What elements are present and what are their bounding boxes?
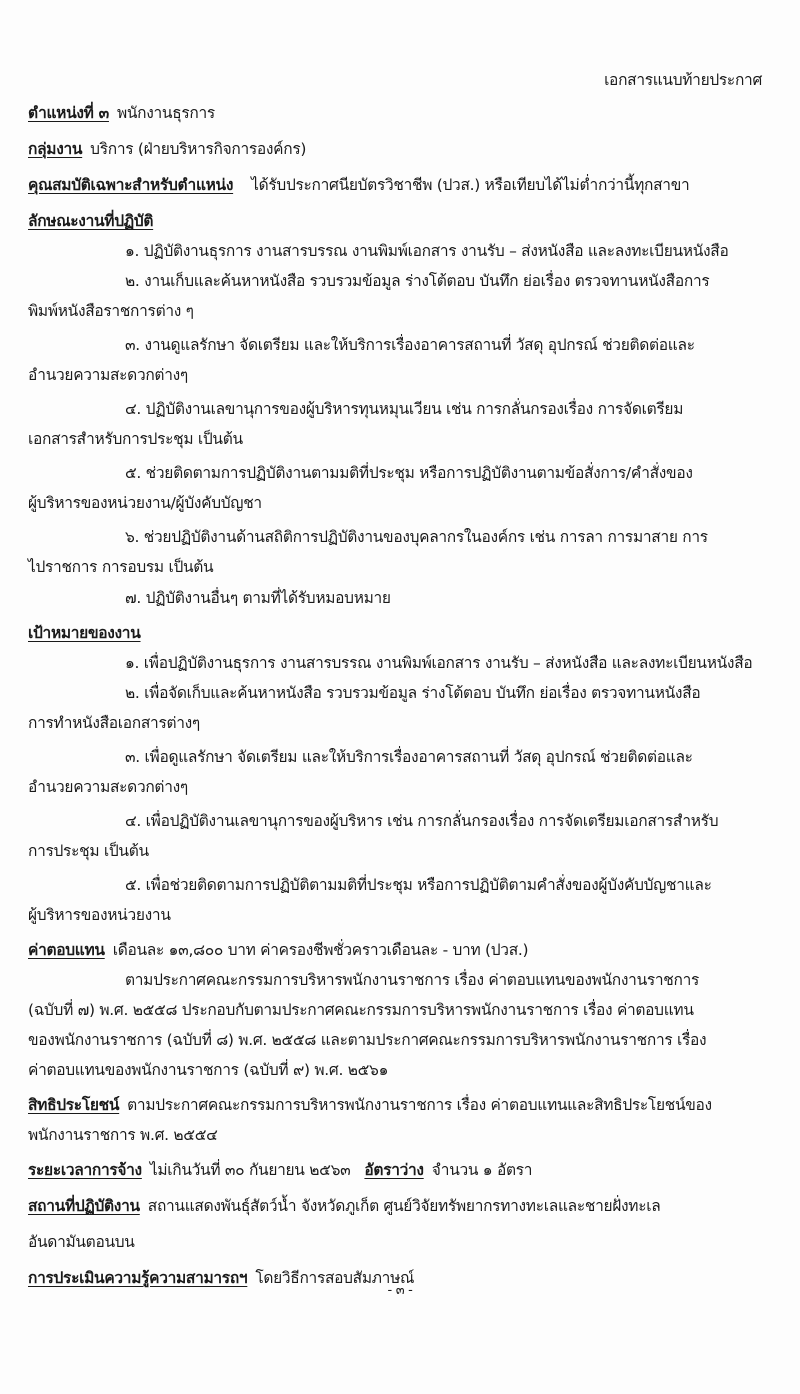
position-line: ตำแหน่งที่ ๓พนักงานธุรการ [28, 103, 215, 123]
compensation-line: ค่าตอบแทนเดือนละ ๑๓,๘๐๐ บาท ค่าครองชีพชั… [28, 940, 528, 960]
employment-period-value: ไม่เกินวันที่ ๓๐ กันยายน ๒๕๖๓ [150, 1161, 351, 1179]
goal-line: การทำหนังสือเอกสารต่างๆ [28, 713, 200, 733]
position-value: พนักงานธุรการ [117, 104, 215, 122]
duty-line: ๑. ปฏิบัติงานธุรการ งานสารบรรณ งานพิมพ์เ… [125, 241, 728, 261]
duty-line: ๗. ปฏิบัติงานอื่นๆ ตามที่ได้รับหมอบหมาย [125, 588, 391, 608]
duty-line: ๔. ปฏิบัติงานเลขานุการของผู้บริหารทุนหมุ… [125, 399, 683, 419]
compensation-label: ค่าตอบแทน [28, 941, 105, 959]
goal-line: ผู้บริหารของหน่วยงาน [28, 905, 171, 925]
qualification-value: ได้รับประกาศนียบัตรวิชาชีพ (ปวส.) หรือเท… [251, 176, 689, 194]
duty-line: เอกสารสำหรับการประชุม เป็นต้น [28, 429, 243, 449]
work-group-value: บริการ (ฝ่ายบริหารกิจการองค์กร) [90, 140, 306, 158]
employment-period-label: ระยะเวลาการจ้าง [28, 1161, 142, 1179]
benefits-line-2: พนักงานราชการ พ.ศ. ๒๕๕๔ [28, 1125, 218, 1145]
employment-line: ระยะเวลาการจ้างไม่เกินวันที่ ๓๐ กันยายน … [28, 1160, 532, 1180]
work-group-line: กลุ่มงานบริการ (ฝ่ายบริหารกิจการองค์กร) [28, 139, 306, 159]
qualification-label: คุณสมบัติเฉพาะสำหรับตำแหน่ง [28, 176, 233, 194]
duty-line: ๖. ช่วยปฏิบัติงานด้านสถิติการปฏิบัติงานข… [125, 527, 708, 547]
goal-line: ๔. เพื่อปฏิบัติงานเลขานุการของผู้บริหาร … [125, 811, 718, 831]
qualification-line: คุณสมบัติเฉพาะสำหรับตำแหน่งได้รับประกาศน… [28, 175, 689, 195]
duty-line: อำนวยความสะดวกต่างๆ [28, 365, 188, 385]
compensation-ref-line: ค่าตอบแทนของพนักงานราชการ (ฉบับที่ ๙) พ.… [28, 1060, 388, 1080]
compensation-ref-line: (ฉบับที่ ๗) พ.ศ. ๒๕๕๘ ประกอบกับตามประกาศ… [28, 1000, 694, 1020]
duty-line: ๒. งานเก็บและค้นหาหนังสือ รวบรวมข้อมูล ร… [125, 271, 709, 291]
workplace-line: สถานที่ปฏิบัติงานสถานแสดงพันธุ์สัตว์น้ำ … [28, 1196, 660, 1216]
duty-line: พิมพ์หนังสือราชการต่าง ๆ [28, 301, 194, 321]
compensation-ref-line: ตามประกาศคณะกรรมการบริหารพนักงานราชการ เ… [125, 970, 699, 990]
goal-line: ๕. เพื่อช่วยติดตามการปฏิบัติตามมติที่ประ… [125, 875, 712, 895]
page-number: - ๓ - [0, 1281, 800, 1301]
goal-line: ๓. เพื่อดูแลรักษา จัดเตรียม และให้บริการ… [125, 747, 693, 767]
benefits-label: สิทธิประโยชน์ [28, 1096, 119, 1114]
document-page: เอกสารแนบท้ายประกาศ ตำแหน่งที่ ๓พนักงานธ… [0, 0, 800, 1394]
compensation-ref-line: ของพนักงานราชการ (ฉบับที่ ๘) พ.ศ. ๒๕๕๘ แ… [28, 1030, 706, 1050]
goal-line: อำนวยความสะดวกต่างๆ [28, 777, 188, 797]
goal-line: ๒. เพื่อจัดเก็บและค้นหาหนังสือ รวบรวมข้อ… [125, 683, 700, 703]
header-note: เอกสารแนบท้ายประกาศ [604, 70, 762, 90]
duty-line: ผู้บริหารของหน่วยงาน/ผู้บังคับบัญชา [28, 493, 262, 513]
workplace-value: สถานแสดงพันธุ์สัตว์น้ำ จังหวัดภูเก็ต ศูน… [148, 1197, 661, 1215]
workplace-label: สถานที่ปฏิบัติงาน [28, 1197, 140, 1215]
vacancy-label: อัตราว่าง [364, 1161, 423, 1179]
compensation-value: เดือนละ ๑๓,๘๐๐ บาท ค่าครองชีพชั่วคราวเดื… [113, 941, 529, 959]
duty-line: ๓. งานดูแลรักษา จัดเตรียม และให้บริการเร… [125, 335, 695, 355]
position-label: ตำแหน่งที่ ๓ [28, 104, 109, 122]
benefits-line: สิทธิประโยชน์ตามประกาศคณะกรรมการบริหารพน… [28, 1095, 712, 1115]
duty-line: ไปราชการ การอบรม เป็นต้น [28, 557, 213, 577]
duties-heading: ลักษณะงานที่ปฏิบัติ [28, 211, 153, 231]
goal-line: ๑. เพื่อปฏิบัติงานธุรการ งานสารบรรณ งานพ… [125, 653, 752, 673]
benefits-value: ตามประกาศคณะกรรมการบริหารพนักงานราชการ เ… [127, 1096, 712, 1114]
goal-line: การประชุม เป็นต้น [28, 841, 149, 861]
duty-line: ๕. ช่วยติดตามการปฏิบัติงานตามมติที่ประชุ… [125, 463, 693, 483]
work-group-label: กลุ่มงาน [28, 140, 82, 158]
goals-heading: เป้าหมายของงาน [28, 623, 141, 643]
workplace-line-2: อันดามันตอนบน [28, 1232, 135, 1252]
vacancy-value: จำนวน ๑ อัตรา [432, 1161, 532, 1179]
